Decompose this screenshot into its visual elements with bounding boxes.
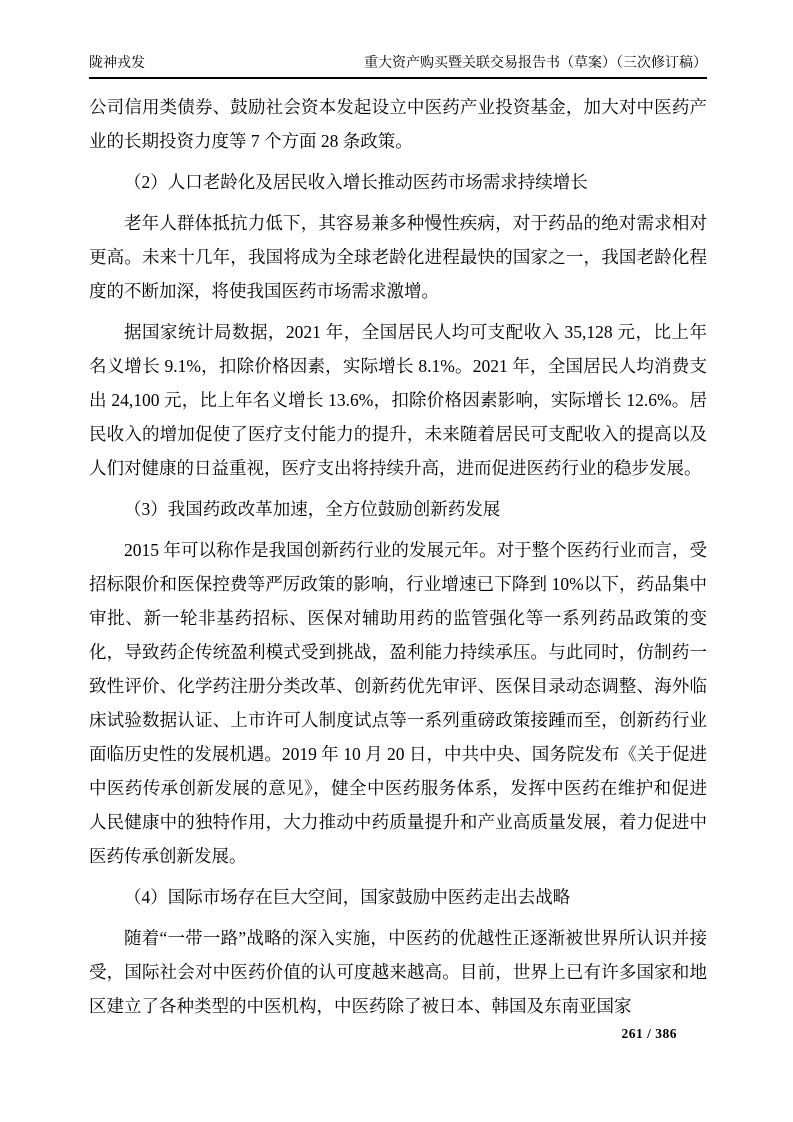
paragraph-policy-continuation: 公司信用类债券、鼓励社会资本发起设立中医药产业投资基金，加大对中医药产业的长期投… xyxy=(89,90,707,158)
section-heading-3: （3）我国药政改革加速，全方位鼓励创新药发展 xyxy=(89,492,707,526)
paragraph-aging-population: 老年人群体抵抗力低下，其容易兼多种慢性疾病，对于药品的绝对需求相对更高。未来十几… xyxy=(89,206,707,308)
page-header: 陇神戎发 重大资产购买暨关联交易报告书（草案）（三次修订稿） xyxy=(89,52,707,79)
page-number: 261 / 386 xyxy=(621,1026,677,1042)
paragraph-pharma-reform: 2015 年可以称作是我国创新药行业的发展元年。对于整个医药行业而言，受招标限价… xyxy=(89,533,707,873)
paragraph-international-market: 随着“一带一路”战略的深入实施，中医药的优越性正逐渐被世界所认识并接受，国际社会… xyxy=(89,921,707,1023)
section-heading-2: （2）人口老龄化及居民收入增长推动医药市场需求持续增长 xyxy=(89,165,707,199)
document-body: 公司信用类债券、鼓励社会资本发起设立中医药产业投资基金，加大对中医药产业的长期投… xyxy=(89,90,707,1030)
paragraph-income-statistics: 据国家统计局数据，2021 年，全国居民人均可支配收入 35,128 元，比上年… xyxy=(89,315,707,485)
document-page: 陇神戎发 重大资产购买暨关联交易报告书（草案）（三次修订稿） 公司信用类债券、鼓… xyxy=(0,0,793,1122)
header-company-name: 陇神戎发 xyxy=(89,52,145,72)
section-heading-4: （4）国际市场存在巨大空间，国家鼓励中医药走出去战略 xyxy=(89,880,707,914)
header-report-title: 重大资产购买暨关联交易报告书（草案）（三次修订稿） xyxy=(364,52,707,72)
